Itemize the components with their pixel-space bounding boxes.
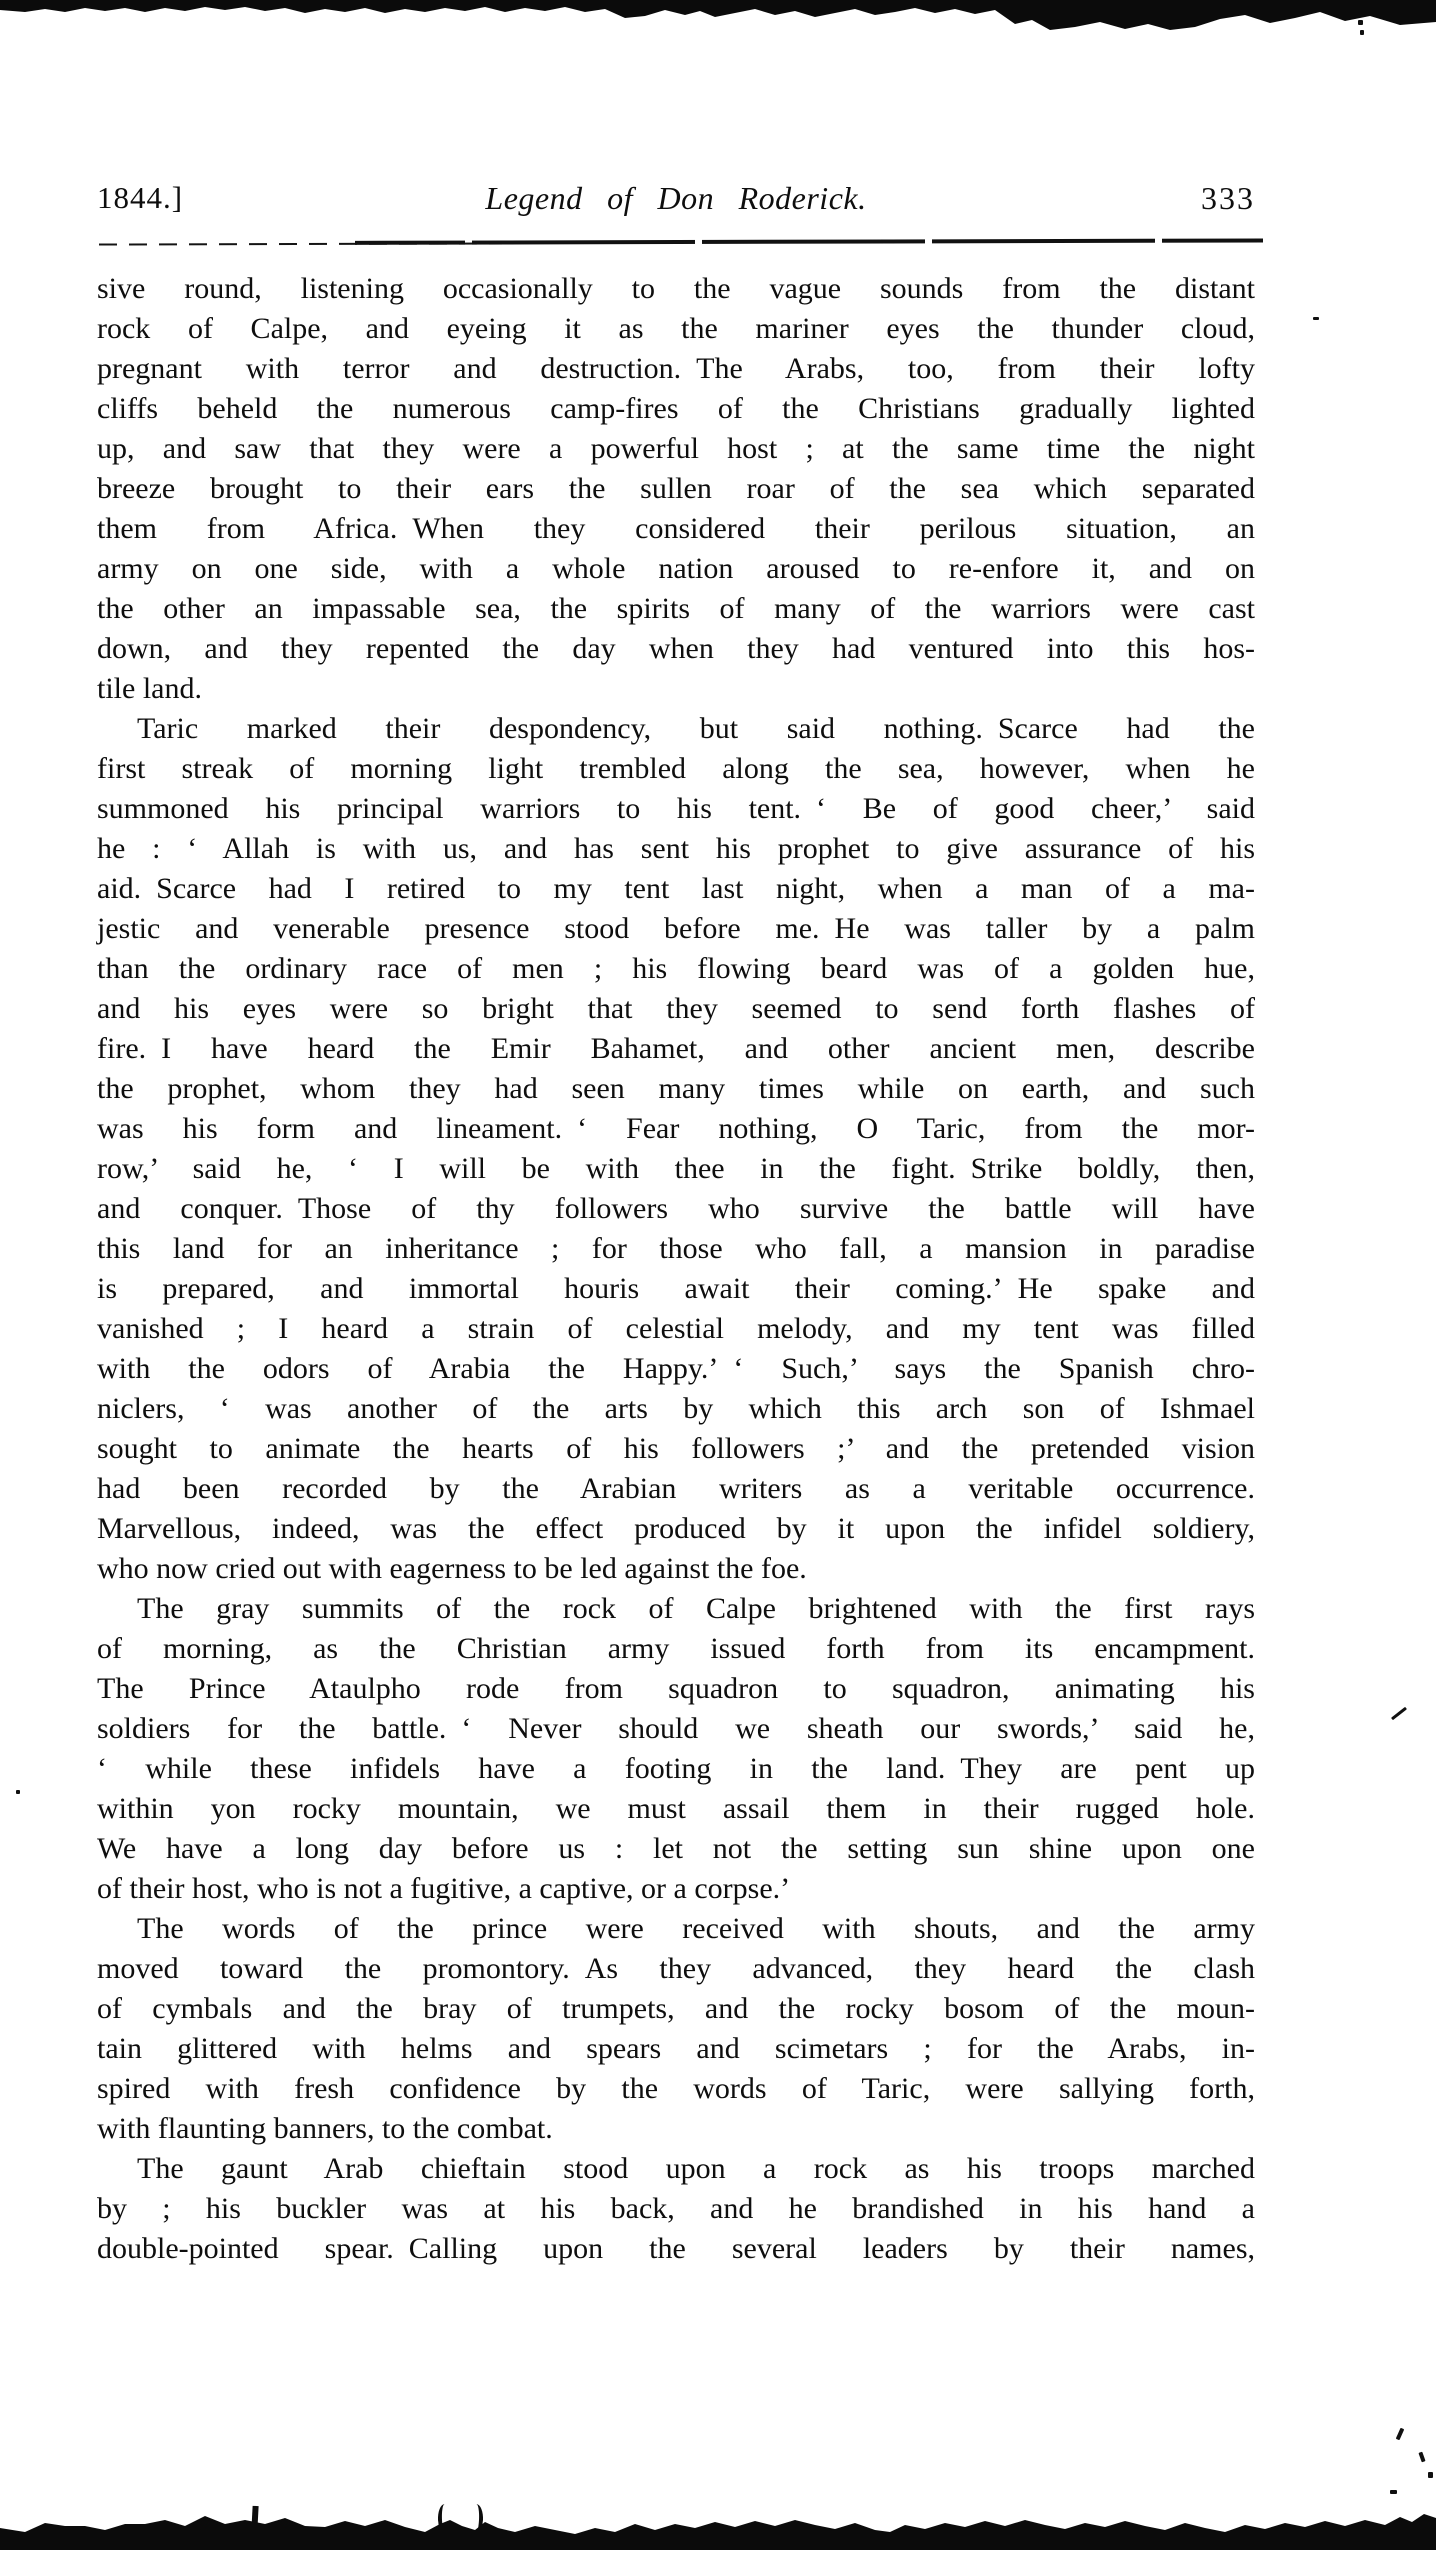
text-line: by ; his buckler was at his back, and he…	[97, 2189, 1255, 2229]
scan-speck	[1418, 2452, 1425, 2463]
scan-speck	[1391, 1707, 1407, 1720]
text-line: pregnant with terror and destruction. Th…	[97, 349, 1255, 389]
text-line: who now cried out with eagerness to be l…	[97, 1549, 1255, 1589]
scan-edge-top	[0, 0, 1436, 34]
scan-speck	[1358, 20, 1363, 25]
text-line: of cymbals and the bray of trumpets, and…	[97, 1989, 1255, 2029]
text-line: Marvellous, indeed, was the effect produ…	[97, 1509, 1255, 1549]
text-line: We have a long day before us : let not t…	[97, 1829, 1255, 1869]
page-body: sive round, listening occasionally to th…	[97, 269, 1255, 2269]
text-line: soldiers for the battle. ‘ Never should …	[97, 1709, 1255, 1749]
text-line: he : ‘ Allah is with us, and has sent hi…	[97, 829, 1255, 869]
scan-speck	[1428, 2472, 1433, 2478]
scanned-page: 1844.] Legend of Don Roderick. 333 sive …	[0, 0, 1436, 2550]
text-line: first streak of morning light trembled a…	[97, 749, 1255, 789]
header-page-number: 333	[1201, 180, 1255, 216]
text-line: The Prince Ataulpho rode from squadron t…	[97, 1669, 1255, 1709]
text-line: is prepared, and immortal houris await t…	[97, 1269, 1255, 1309]
text-line: sought to animate the hearts of his foll…	[97, 1429, 1255, 1469]
text-line: ‘ while these infidels have a footing in…	[97, 1749, 1255, 1789]
text-line: than the ordinary race of men ; his flow…	[97, 949, 1255, 989]
text-line: and conquer. Those of thy followers who …	[97, 1189, 1255, 1229]
text-line: moved toward the promontory. As they adv…	[97, 1949, 1255, 1989]
text-line: within yon rocky mountain, we must assai…	[97, 1789, 1255, 1829]
text-line: with flaunting banners, to the combat.	[97, 2109, 1255, 2149]
text-line: of their host, who is not a fugitive, a …	[97, 1869, 1255, 1909]
text-line: was his form and lineament. ‘ Fear nothi…	[97, 1109, 1255, 1149]
text-line: and his eyes were so bright that they se…	[97, 989, 1255, 1029]
text-line: row,’ said he, ‘ I will be with thee in …	[97, 1149, 1255, 1189]
scan-speck	[16, 1790, 20, 1794]
text-line: rock of Calpe, and eyeing it as the mari…	[97, 309, 1255, 349]
text-line: cliffs beheld the numerous camp-fires of…	[97, 389, 1255, 429]
scan-speck	[1313, 317, 1319, 320]
text-line: Taric marked their despondency, but said…	[97, 709, 1255, 749]
text-line: vanished ; I heard a strain of celestial…	[97, 1309, 1255, 1349]
text-line: the prophet, whom they had seen many tim…	[97, 1069, 1255, 1109]
text-line: had been recorded by the Arabian writers…	[97, 1469, 1255, 1509]
scan-speck	[1360, 30, 1364, 35]
text-line: niclers, ‘ was another of the arts by wh…	[97, 1389, 1255, 1429]
text-line: tile land.	[97, 669, 1255, 709]
text-line: The gray summits of the rock of Calpe br…	[97, 1589, 1255, 1629]
scan-speck	[1396, 2428, 1405, 2441]
text-line: The gaunt Arab chieftain stood upon a ro…	[97, 2149, 1255, 2189]
page-header: 1844.] Legend of Don Roderick. 333	[97, 180, 1255, 220]
text-line: aid. Scarce had I retired to my tent las…	[97, 869, 1255, 909]
text-line: spired with fresh confidence by the word…	[97, 2069, 1255, 2109]
text-line: with the odors of Arabia the Happy.’ ‘ S…	[97, 1349, 1255, 1389]
text-line: sive round, listening occasionally to th…	[97, 269, 1255, 309]
header-rule-line	[355, 238, 1263, 244]
text-line: the other an impassable sea, the spirits…	[97, 589, 1255, 629]
text-line: this land for an inheritance ; for those…	[97, 1229, 1255, 1269]
text-line: down, and they repented the day when the…	[97, 629, 1255, 669]
text-line: army on one side, with a whole nation ar…	[97, 549, 1255, 589]
scan-speck	[1390, 2490, 1397, 2494]
text-line: summoned his principal warriors to his t…	[97, 789, 1255, 829]
text-line: tain glittered with helms and spears and…	[97, 2029, 1255, 2069]
text-line: fire. I have heard the Emir Bahamet, and…	[97, 1029, 1255, 1069]
text-line: jestic and venerable presence stood befo…	[97, 909, 1255, 949]
header-rule	[99, 236, 1263, 247]
text-line: double-pointed spear. Calling upon the s…	[97, 2229, 1255, 2269]
text-line: breeze brought to their ears the sullen …	[97, 469, 1255, 509]
scan-edge-bottom	[0, 2498, 1436, 2550]
text-line: of morning, as the Christian army issued…	[97, 1629, 1255, 1669]
text-line: them from Africa. When they considered t…	[97, 509, 1255, 549]
header-title: Legend of Don Roderick.	[97, 180, 1255, 216]
text-line: The words of the prince were received wi…	[97, 1909, 1255, 1949]
text-line: up, and saw that they were a powerful ho…	[97, 429, 1255, 469]
